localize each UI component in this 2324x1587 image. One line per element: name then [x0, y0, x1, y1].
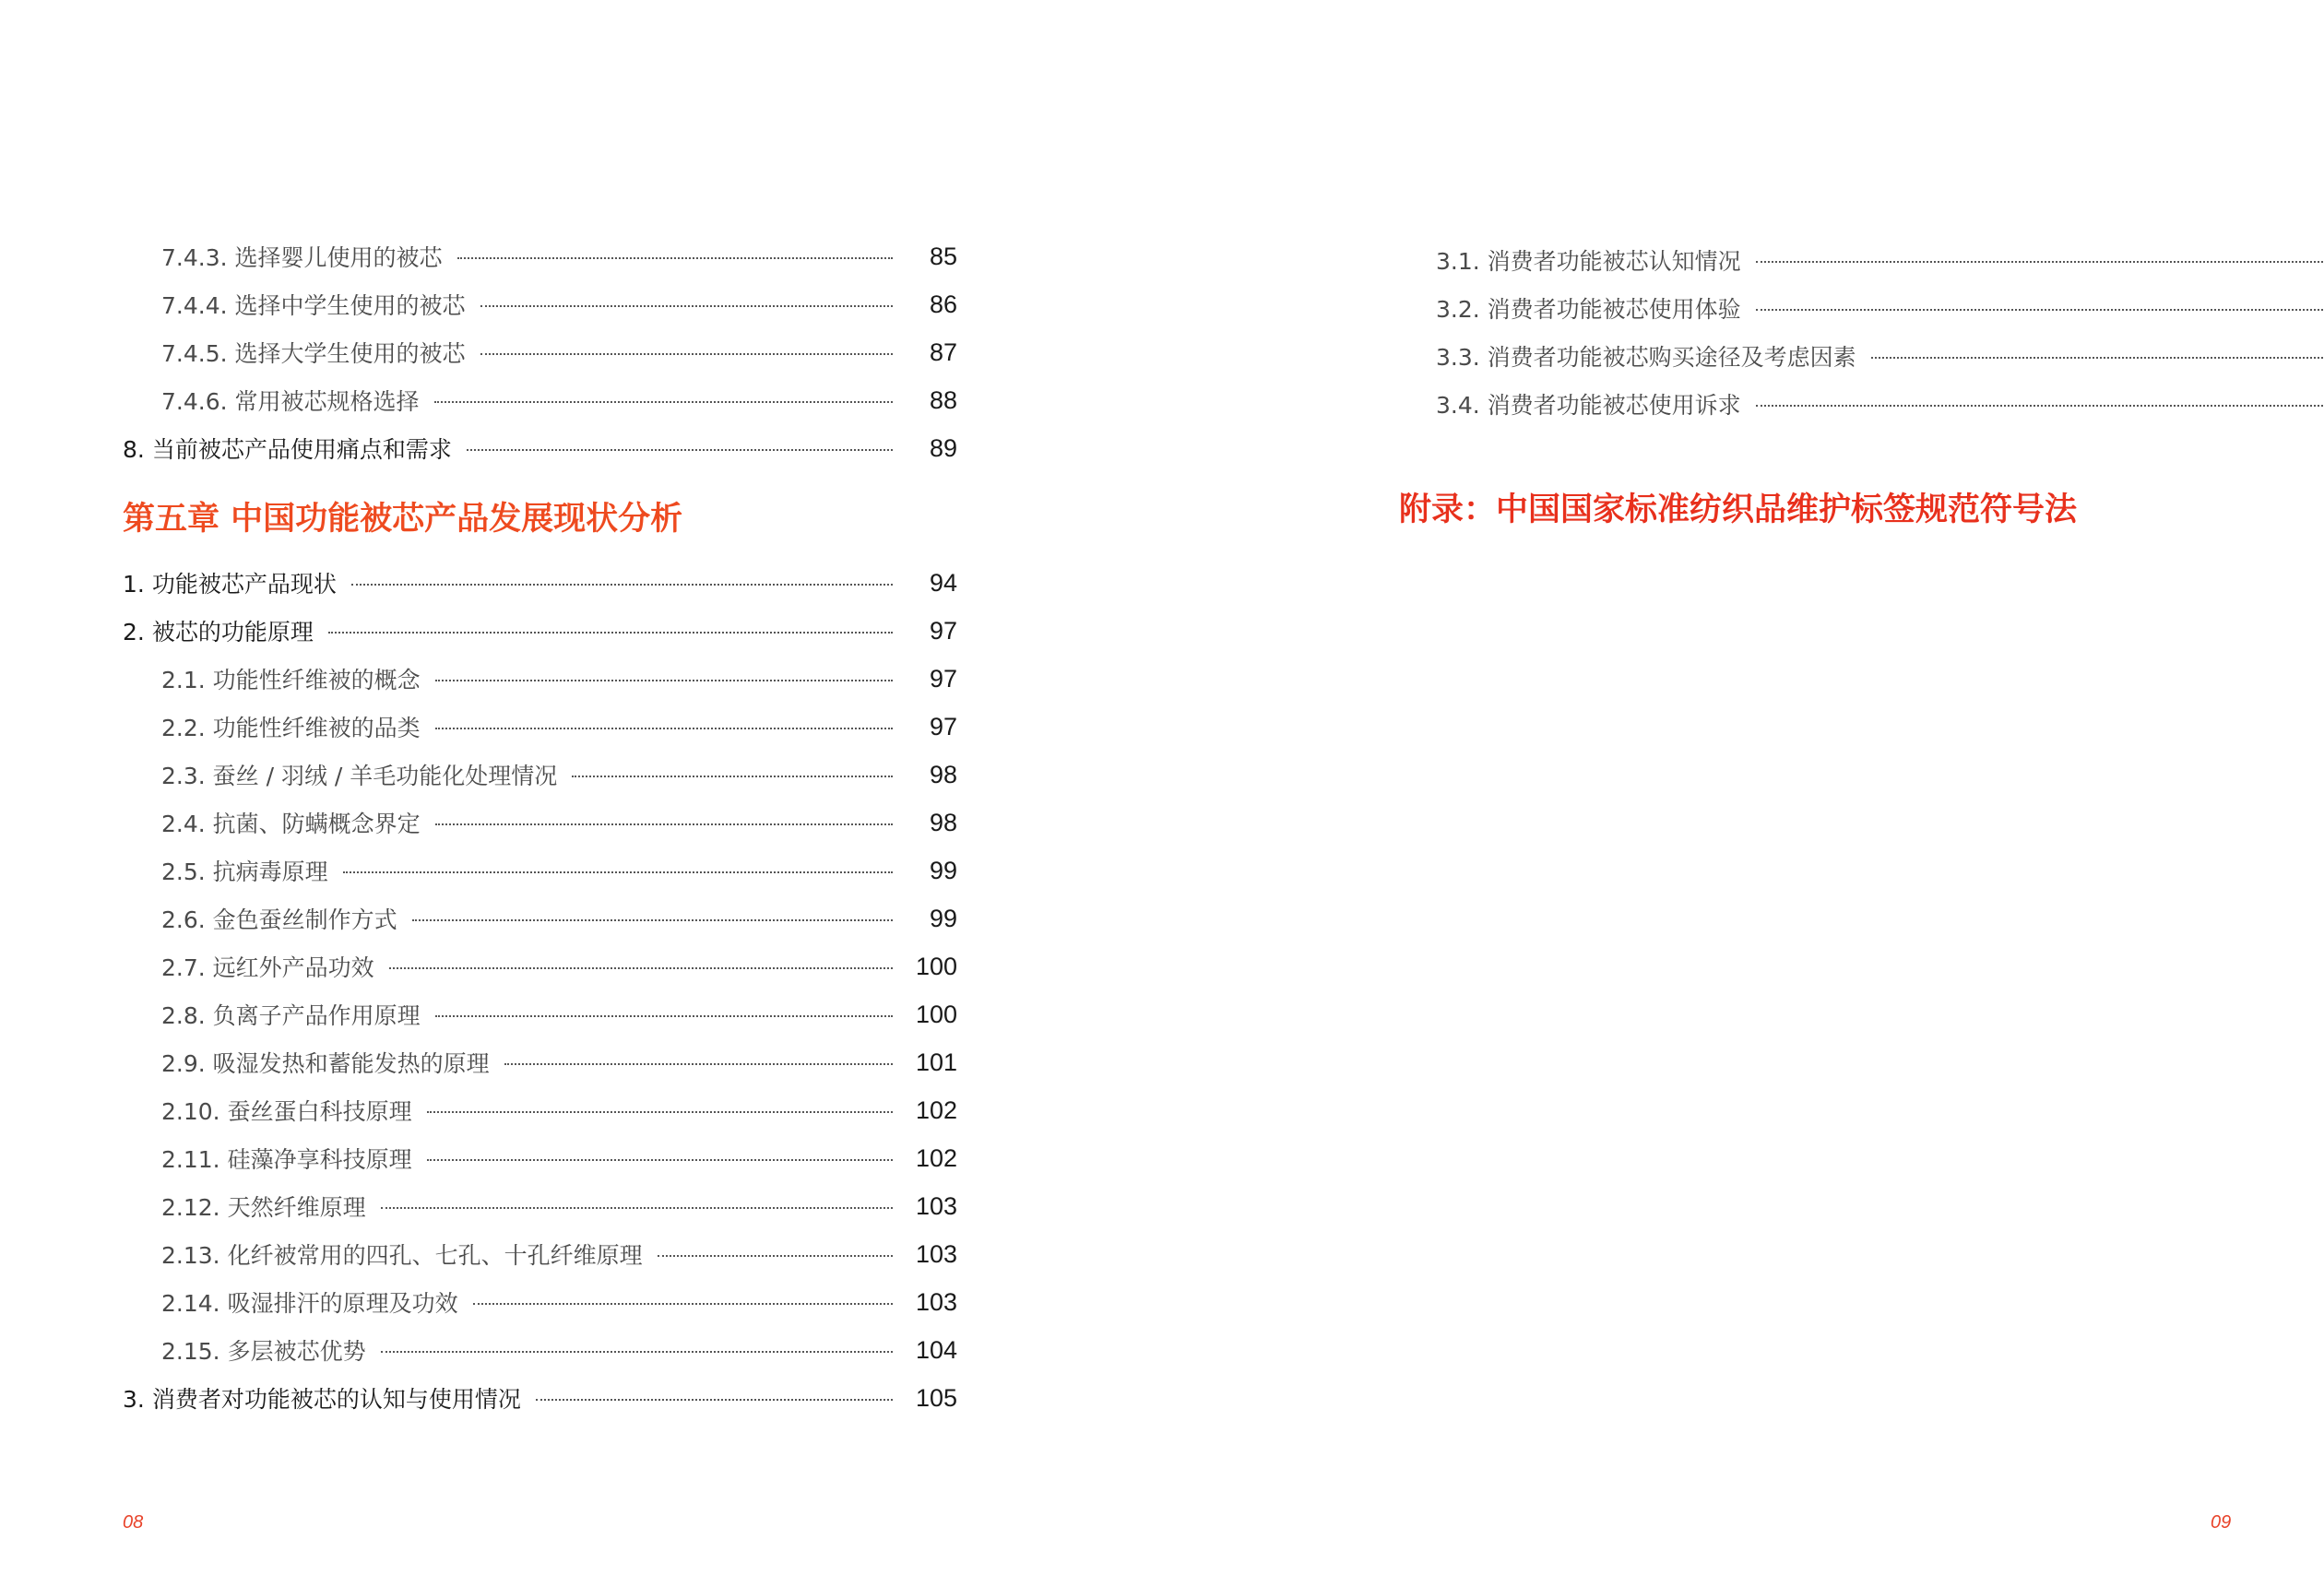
- dot-leader: [381, 1207, 893, 1209]
- dot-leader: [412, 919, 893, 921]
- entry-label: 2.9. 吸湿发热和蓄能发热的原理: [161, 1046, 490, 1079]
- toc-right-column: 3.1. 消费者功能被芯认知情况 105 3.2. 消费者功能被芯使用体验 10…: [1436, 236, 2324, 537]
- toc-entry[interactable]: 2.1. 功能性纤维被的概念 97: [123, 655, 957, 703]
- toc-entry[interactable]: 2.11. 硅藻净享科技原理 102: [123, 1134, 957, 1182]
- toc-entry[interactable]: 2.10. 蚕丝蛋白科技原理 102: [123, 1086, 957, 1134]
- dot-leader: [351, 584, 893, 586]
- toc-entry[interactable]: 3.4. 消费者功能被芯使用诉求 112: [1436, 380, 2324, 428]
- entry-label: 2.4. 抗菌、防螨概念界定: [161, 806, 421, 839]
- dot-leader: [572, 776, 893, 777]
- page-number: 103: [906, 1240, 957, 1269]
- left-page: 7.4.3. 选择婴儿使用的被芯 85 7.4.4. 选择中学生使用的被芯 86…: [0, 0, 1162, 1587]
- toc-entry[interactable]: 2.3. 蚕丝 / 羽绒 / 羊毛功能化处理情况 98: [123, 751, 957, 799]
- entry-label: 3.3. 消费者功能被芯购买途径及考虑因素: [1436, 339, 1856, 373]
- page-number: 99: [906, 857, 957, 885]
- toc-entry[interactable]: 3.1. 消费者功能被芯认知情况 105: [1436, 236, 2324, 284]
- page-number: 101: [906, 1048, 957, 1077]
- entry-label: 7.4.3. 选择婴儿使用的被芯: [161, 240, 443, 273]
- page-number: 89: [906, 434, 957, 463]
- page-number: 97: [906, 617, 957, 645]
- toc-entry[interactable]: 2.13. 化纤被常用的四孔、七孔、十孔纤维原理 103: [123, 1230, 957, 1278]
- dot-leader: [1871, 357, 2324, 359]
- toc-entry[interactable]: 7.4.3. 选择婴儿使用的被芯 85: [123, 232, 957, 280]
- page-number: 100: [906, 953, 957, 981]
- dot-leader: [343, 871, 893, 873]
- entry-label: 7.4.5. 选择大学生使用的被芯: [161, 336, 466, 369]
- dot-leader: [381, 1351, 893, 1353]
- chapter-heading[interactable]: 第五章 中国功能被芯产品发展现状分析: [123, 474, 957, 559]
- dot-leader: [435, 823, 893, 825]
- toc-entry[interactable]: 2.8. 负离子产品作用原理 100: [123, 990, 957, 1038]
- page-number: 85: [906, 243, 957, 271]
- dot-leader: [457, 257, 893, 259]
- toc-entry[interactable]: 2.14. 吸湿排汗的原理及功效 103: [123, 1278, 957, 1326]
- page-number: 104: [906, 1336, 957, 1365]
- page-number: 88: [906, 386, 957, 415]
- dot-leader: [435, 680, 893, 681]
- dot-leader: [480, 305, 893, 307]
- page-number: 94: [906, 569, 957, 598]
- dot-leader: [1756, 261, 2324, 263]
- entry-label: 2.10. 蚕丝蛋白科技原理: [161, 1094, 412, 1127]
- entry-label: 2.13. 化纤被常用的四孔、七孔、十孔纤维原理: [161, 1238, 643, 1271]
- toc-entry[interactable]: 7.4.6. 常用被芯规格选择 88: [123, 376, 957, 424]
- toc-entry[interactable]: 2.12. 天然纤维原理 103: [123, 1182, 957, 1230]
- page-number: 97: [906, 713, 957, 741]
- toc-entry[interactable]: 7.4.4. 选择中学生使用的被芯 86: [123, 280, 957, 328]
- entry-label: 2.7. 远红外产品功效: [161, 950, 374, 983]
- page-number: 105: [906, 1384, 957, 1413]
- toc-entry[interactable]: 2.6. 金色蚕丝制作方式 99: [123, 894, 957, 942]
- dot-leader: [473, 1303, 893, 1305]
- toc-left-column: 7.4.3. 选择婴儿使用的被芯 85 7.4.4. 选择中学生使用的被芯 86…: [123, 232, 957, 1422]
- toc-entry[interactable]: 3.3. 消费者功能被芯购买途径及考虑因素 110: [1436, 332, 2324, 380]
- toc-entry[interactable]: 1. 功能被芯产品现状 94: [123, 559, 957, 607]
- page-folio: 09: [2211, 1512, 2231, 1534]
- entry-label: 2. 被芯的功能原理: [123, 614, 314, 647]
- entry-label: 2.5. 抗病毒原理: [161, 854, 328, 887]
- page-number: 98: [906, 761, 957, 789]
- page-number: 86: [906, 290, 957, 319]
- dot-leader: [467, 449, 893, 451]
- appendix-entry[interactable]: 附录：中国国家标准纺织品维护标签规范符号法 116: [1399, 478, 2324, 537]
- toc-entry[interactable]: 7.4.5. 选择大学生使用的被芯 87: [123, 328, 957, 376]
- entry-label: 2.2. 功能性纤维被的品类: [161, 710, 421, 743]
- entry-label: 8. 当前被芯产品使用痛点和需求: [123, 432, 452, 465]
- toc-entry[interactable]: 2.5. 抗病毒原理 99: [123, 847, 957, 894]
- entry-label: 2.14. 吸湿排汗的原理及功效: [161, 1285, 458, 1319]
- toc-entry[interactable]: 2.9. 吸湿发热和蓄能发热的原理 101: [123, 1038, 957, 1086]
- page-number: 100: [906, 1001, 957, 1029]
- entry-label: 3. 消费者对功能被芯的认知与使用情况: [123, 1381, 521, 1415]
- toc-entry[interactable]: 2.7. 远红外产品功效 100: [123, 942, 957, 990]
- dot-leader: [1756, 309, 2324, 311]
- dot-leader: [480, 353, 893, 355]
- page-number: 99: [906, 905, 957, 933]
- toc-entry[interactable]: 3. 消费者对功能被芯的认知与使用情况 105: [123, 1374, 957, 1422]
- entry-label: 3.2. 消费者功能被芯使用体验: [1436, 291, 1741, 325]
- toc-entry[interactable]: 8. 当前被芯产品使用痛点和需求 89: [123, 424, 957, 472]
- dot-leader: [536, 1399, 893, 1401]
- dot-leader: [435, 728, 893, 729]
- toc-entry[interactable]: 2. 被芯的功能原理 97: [123, 607, 957, 655]
- dot-leader: [427, 1159, 893, 1161]
- page-number: 87: [906, 338, 957, 367]
- page-number: 97: [906, 665, 957, 693]
- entry-label: 7.4.4. 选择中学生使用的被芯: [161, 288, 466, 321]
- page-number: 103: [906, 1288, 957, 1317]
- entry-label: 2.6. 金色蚕丝制作方式: [161, 902, 397, 935]
- right-page: 3.1. 消费者功能被芯认知情况 105 3.2. 消费者功能被芯使用体验 10…: [1162, 0, 2324, 1587]
- dot-leader: [328, 632, 893, 634]
- toc-entry[interactable]: 2.15. 多层被芯优势 104: [123, 1326, 957, 1374]
- entry-label: 2.3. 蚕丝 / 羽绒 / 羊毛功能化处理情况: [161, 758, 557, 791]
- entry-label: 3.4. 消费者功能被芯使用诉求: [1436, 387, 1741, 420]
- entry-label: 1. 功能被芯产品现状: [123, 566, 337, 599]
- page-number: 103: [906, 1192, 957, 1221]
- entry-label: 2.15. 多层被芯优势: [161, 1333, 366, 1367]
- toc-entry[interactable]: 2.2. 功能性纤维被的品类 97: [123, 703, 957, 751]
- dot-leader: [658, 1255, 893, 1257]
- entry-label: 2.1. 功能性纤维被的概念: [161, 662, 421, 695]
- toc-entry[interactable]: 3.2. 消费者功能被芯使用体验 109: [1436, 284, 2324, 332]
- dot-leader: [504, 1063, 893, 1065]
- page-folio: 08: [123, 1512, 143, 1534]
- page-number: 102: [906, 1096, 957, 1125]
- entry-label: 3.1. 消费者功能被芯认知情况: [1436, 243, 1741, 277]
- entry-label: 7.4.6. 常用被芯规格选择: [161, 384, 420, 417]
- appendix-heading: 附录：中国国家标准纺织品维护标签规范符号法: [1399, 484, 2324, 530]
- dot-leader: [435, 1015, 893, 1017]
- toc-entry[interactable]: 2.4. 抗菌、防螨概念界定 98: [123, 799, 957, 847]
- dot-leader: [434, 401, 893, 403]
- entry-label: 2.11. 硅藻净享科技原理: [161, 1142, 412, 1175]
- dot-leader: [389, 967, 893, 969]
- page-number: 98: [906, 809, 957, 837]
- entry-label: 2.12. 天然纤维原理: [161, 1190, 366, 1223]
- entry-label: 2.8. 负离子产品作用原理: [161, 998, 421, 1031]
- dot-leader: [427, 1111, 893, 1113]
- page-number: 102: [906, 1144, 957, 1173]
- dot-leader: [1756, 405, 2324, 407]
